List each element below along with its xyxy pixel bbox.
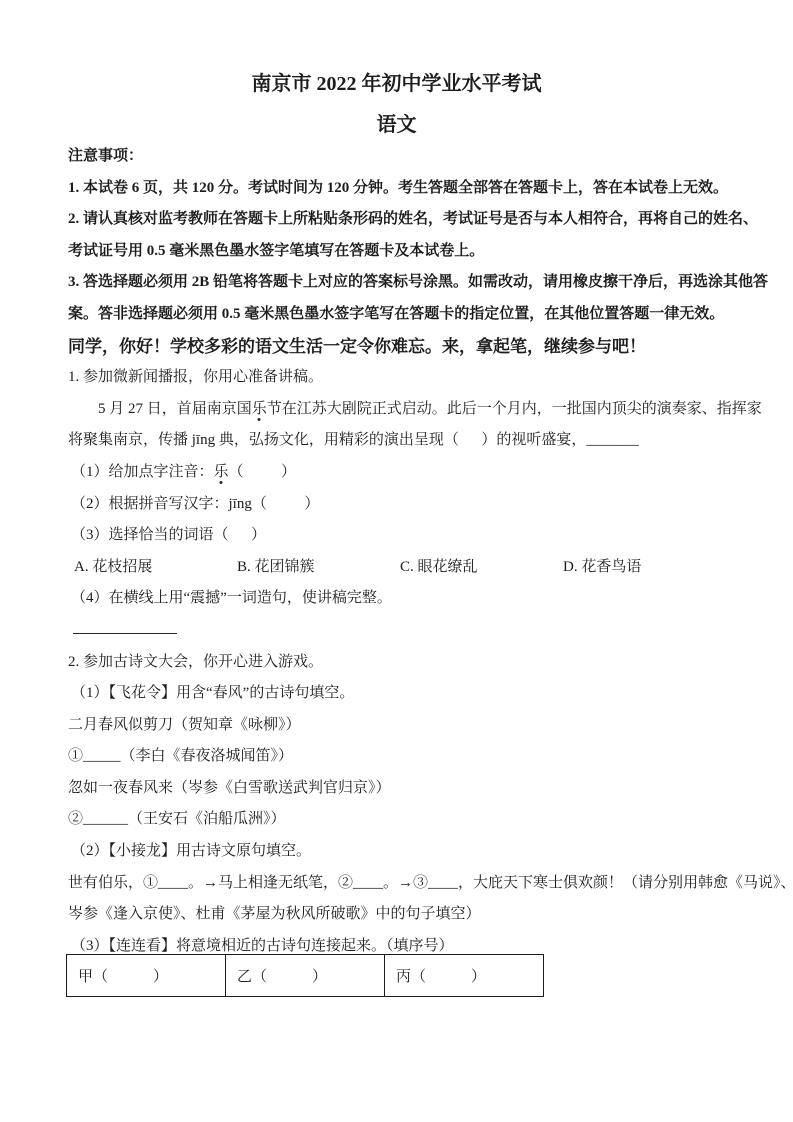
- exam-title: 南京市 2022 年初中学业水平考试: [68, 64, 725, 105]
- choice-option-A: A. 花枝招展: [74, 552, 237, 584]
- subject-title: 语文: [68, 105, 725, 146]
- jielong-line-1: 世有伯乐，①____。→马上相逢无纸笔，②____。→③____，大庇天下寒士俱…: [68, 868, 725, 900]
- q2-sub-3: （3）【连连看】将意境相近的古诗句连接起来。（填序号）: [68, 931, 725, 963]
- notice-2: 2. 请认真核对监考教师在答题卡上所粘贴条形码的姓名，考试证号是否与本人相符合，…: [68, 204, 725, 236]
- answer-rule: [68, 615, 725, 647]
- dotted-character: 乐: [214, 464, 229, 480]
- exam-paper-page: 南京市 2022 年初中学业水平考试 语文 注意事项：1. 本试卷 6 页，共 …: [0, 0, 793, 1122]
- notice-3: 3. 答选择题必须用 2B 铅笔将答题卡上对应的答案标号涂黑。如需改动，请用橡皮…: [68, 267, 725, 299]
- passage-line-2: 将聚集南京，传播 jīng 典，弘扬文化，用精彩的演出呈现（ ）的视听盛宴，__…: [68, 425, 725, 457]
- q1-sub-3: （3）选择恰当的词语（ ）: [68, 520, 725, 552]
- document-body: 注意事项：1. 本试卷 6 页，共 120 分。考试时间为 120 分钟。考生答…: [68, 141, 725, 962]
- q1-sub-2: （2）根据拼音写汉字：jīng（ ）: [68, 489, 725, 521]
- feihua-blank-2: ②______（王安石《泊船瓜洲》）: [68, 804, 725, 836]
- choice-option-C: C. 眼花缭乱: [400, 552, 563, 584]
- question-2: 2. 参加古诗文大会，你开心进入游戏。: [68, 647, 725, 679]
- q1-sub-1: （1）给加点字注音：乐（ ）: [68, 457, 725, 489]
- passage-line-1: 5 月 27 日，首届南京国乐节在江苏大剧院正式启动。此后一个月内，一批国内顶尖…: [68, 394, 725, 426]
- q1-sub-4: （4）在横线上用“震撼”一词造句，使讲稿完整。: [68, 583, 725, 615]
- notice-3-cont: 案。答非选择题必须用 0.5 毫米黑色墨水签字笔写在答题卡的指定位置，在其他位置…: [68, 299, 725, 331]
- feihua-line-1: 二月春风似剪刀（贺知章《咏柳》）: [68, 710, 725, 742]
- choice-option-B: B. 花团锦簇: [237, 552, 400, 584]
- feihua-line-2: 忽如一夜春风来（岑参《白雪歌送武判官归京》）: [68, 773, 725, 805]
- choice-option-D: D. 花香鸟语: [563, 552, 641, 584]
- q2-sub-2: （2）【小接龙】用古诗文原句填空。: [68, 836, 725, 868]
- dotted-character: 乐: [252, 401, 267, 417]
- q2-sub-1: （1）【飞花令】用含“春风”的古诗句填空。: [68, 678, 725, 710]
- notice-2-cont: 考试证号用 0.5 毫米黑色墨水签字笔填写在答题卡及本试卷上。: [68, 236, 725, 268]
- greeting: 同学，你好！学校多彩的语文生活一定令你难忘。来，拿起笔，继续参与吧！: [68, 331, 725, 363]
- q1-options: A. 花枝招展B. 花团锦簇C. 眼花缭乱D. 花香鸟语: [68, 552, 725, 584]
- answer-blank-line: [73, 619, 177, 634]
- notice-1: 1. 本试卷 6 页，共 120 分。考试时间为 120 分钟。考生答题全部答在…: [68, 173, 725, 205]
- feihua-blank-1: ①_____（李白《春夜洛城闻笛》）: [68, 741, 725, 773]
- jielong-line-2: 岑参《逢入京使》、杜甫《茅屋为秋风所破歌》中的句子填空）: [68, 899, 725, 931]
- question-1: 1. 参加微新闻播报，你用心准备讲稿。: [68, 362, 725, 394]
